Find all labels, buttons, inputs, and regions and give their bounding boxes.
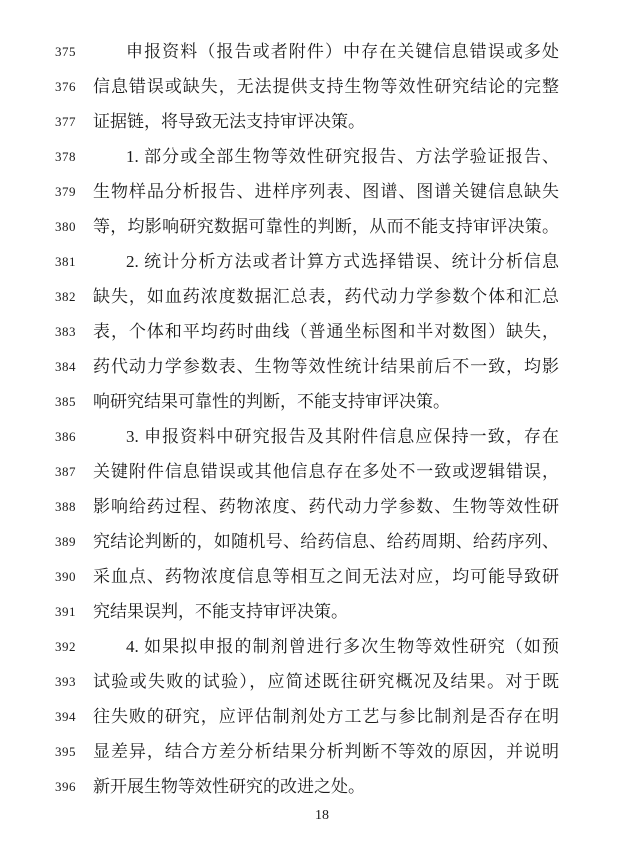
line-number: 394	[55, 699, 89, 734]
page-number: 18	[0, 806, 644, 826]
line-row: 392 4. 如果拟申报的制剂曾进行多次生物等效性研究（如预	[0, 629, 644, 664]
line-number: 375	[55, 34, 89, 69]
line-text: 关键附件信息错误或其他信息存在多处不一致或逻辑错误，	[93, 454, 559, 489]
line-row: 377 证据链，将导致无法支持审评决策。	[0, 104, 644, 139]
line-row: 380 等，均影响研究数据可靠性的判断，从而不能支持审评决策。	[0, 209, 644, 244]
line-text: 究结果误判，不能支持审评决策。	[93, 594, 559, 629]
line-row: 376 信息错误或缺失，无法提供支持生物等效性研究结论的完整	[0, 69, 644, 104]
line-number: 376	[55, 69, 89, 104]
line-text: 申报资料（报告或者附件）中存在关键信息错误或多处	[93, 34, 559, 69]
document-page: 375 申报资料（报告或者附件）中存在关键信息错误或多处 376 信息错误或缺失…	[0, 0, 644, 851]
line-text: 信息错误或缺失，无法提供支持生物等效性研究结论的完整	[93, 69, 559, 104]
line-row: 387 关键附件信息错误或其他信息存在多处不一致或逻辑错误，	[0, 454, 644, 489]
line-text: 2. 统计分析方法或者计算方式选择错误、统计分析信息	[93, 244, 559, 279]
line-row: 390 采血点、药物浓度信息等相互之间无法对应，均可能导致研	[0, 559, 644, 594]
line-row: 375 申报资料（报告或者附件）中存在关键信息错误或多处	[0, 34, 644, 69]
line-text: 试验或失败的试验），应简述既往研究概况及结果。对于既	[93, 664, 559, 699]
line-number: 388	[55, 489, 89, 524]
line-row: 391 究结果误判，不能支持审评决策。	[0, 594, 644, 629]
line-text: 1. 部分或全部生物等效性研究报告、方法学验证报告、	[93, 139, 559, 174]
line-text: 证据链，将导致无法支持审评决策。	[93, 104, 559, 139]
line-text: 3. 申报资料中研究报告及其附件信息应保持一致，存在	[93, 419, 559, 454]
line-text: 往失败的研究，应评估制剂处方工艺与参比制剂是否存在明	[93, 699, 559, 734]
line-number: 378	[55, 139, 89, 174]
line-row: 393 试验或失败的试验），应简述既往研究概况及结果。对于既	[0, 664, 644, 699]
line-number: 384	[55, 349, 89, 384]
line-row: 378 1. 部分或全部生物等效性研究报告、方法学验证报告、	[0, 139, 644, 174]
line-number: 392	[55, 629, 89, 664]
line-text: 影响给药过程、药物浓度、药代动力学参数、生物等效性研	[93, 489, 559, 524]
line-row: 379 生物样品分析报告、进样序列表、图谱、图谱关键信息缺失	[0, 174, 644, 209]
line-number: 387	[55, 454, 89, 489]
line-number: 383	[55, 314, 89, 349]
line-row: 389 究结论判断的，如随机号、给药信息、给药周期、给药序列、	[0, 524, 644, 559]
line-row: 382 缺失，如血药浓度数据汇总表，药代动力学参数个体和汇总	[0, 279, 644, 314]
line-text: 采血点、药物浓度信息等相互之间无法对应，均可能导致研	[93, 559, 559, 594]
line-number: 396	[55, 769, 89, 804]
line-row: 396 新开展生物等效性研究的改进之处。	[0, 769, 644, 804]
line-row: 388 影响给药过程、药物浓度、药代动力学参数、生物等效性研	[0, 489, 644, 524]
line-text: 缺失，如血药浓度数据汇总表，药代动力学参数个体和汇总	[93, 279, 559, 314]
line-row: 394 往失败的研究，应评估制剂处方工艺与参比制剂是否存在明	[0, 699, 644, 734]
line-text: 等，均影响研究数据可靠性的判断，从而不能支持审评决策。	[93, 209, 559, 244]
line-number: 379	[55, 174, 89, 209]
line-text: 药代动力学参数表、生物等效性统计结果前后不一致，均影	[93, 349, 559, 384]
line-text: 新开展生物等效性研究的改进之处。	[93, 769, 559, 804]
line-text: 究结论判断的，如随机号、给药信息、给药周期、给药序列、	[93, 524, 559, 559]
line-text: 显差异，结合方差分析结果分析判断不等效的原因，并说明	[93, 734, 559, 769]
line-number: 380	[55, 209, 89, 244]
line-text: 生物样品分析报告、进样序列表、图谱、图谱关键信息缺失	[93, 174, 559, 209]
line-number: 377	[55, 104, 89, 139]
line-text: 响研究结果可靠性的判断，不能支持审评决策。	[93, 384, 559, 419]
line-row: 381 2. 统计分析方法或者计算方式选择错误、统计分析信息	[0, 244, 644, 279]
line-number: 382	[55, 279, 89, 314]
line-row: 395 显差异，结合方差分析结果分析判断不等效的原因，并说明	[0, 734, 644, 769]
line-row: 384 药代动力学参数表、生物等效性统计结果前后不一致，均影	[0, 349, 644, 384]
line-number: 390	[55, 559, 89, 594]
line-row: 386 3. 申报资料中研究报告及其附件信息应保持一致，存在	[0, 419, 644, 454]
line-row: 385 响研究结果可靠性的判断，不能支持审评决策。	[0, 384, 644, 419]
line-number: 389	[55, 524, 89, 559]
line-number: 395	[55, 734, 89, 769]
line-number: 393	[55, 664, 89, 699]
lines-container: 375 申报资料（报告或者附件）中存在关键信息错误或多处 376 信息错误或缺失…	[0, 34, 644, 804]
line-text: 4. 如果拟申报的制剂曾进行多次生物等效性研究（如预	[93, 629, 559, 664]
line-number: 381	[55, 244, 89, 279]
line-text: 表，个体和平均药时曲线（普通坐标图和半对数图）缺失，	[93, 314, 559, 349]
line-row: 383 表，个体和平均药时曲线（普通坐标图和半对数图）缺失，	[0, 314, 644, 349]
line-number: 386	[55, 419, 89, 454]
line-number: 385	[55, 384, 89, 419]
line-number: 391	[55, 594, 89, 629]
